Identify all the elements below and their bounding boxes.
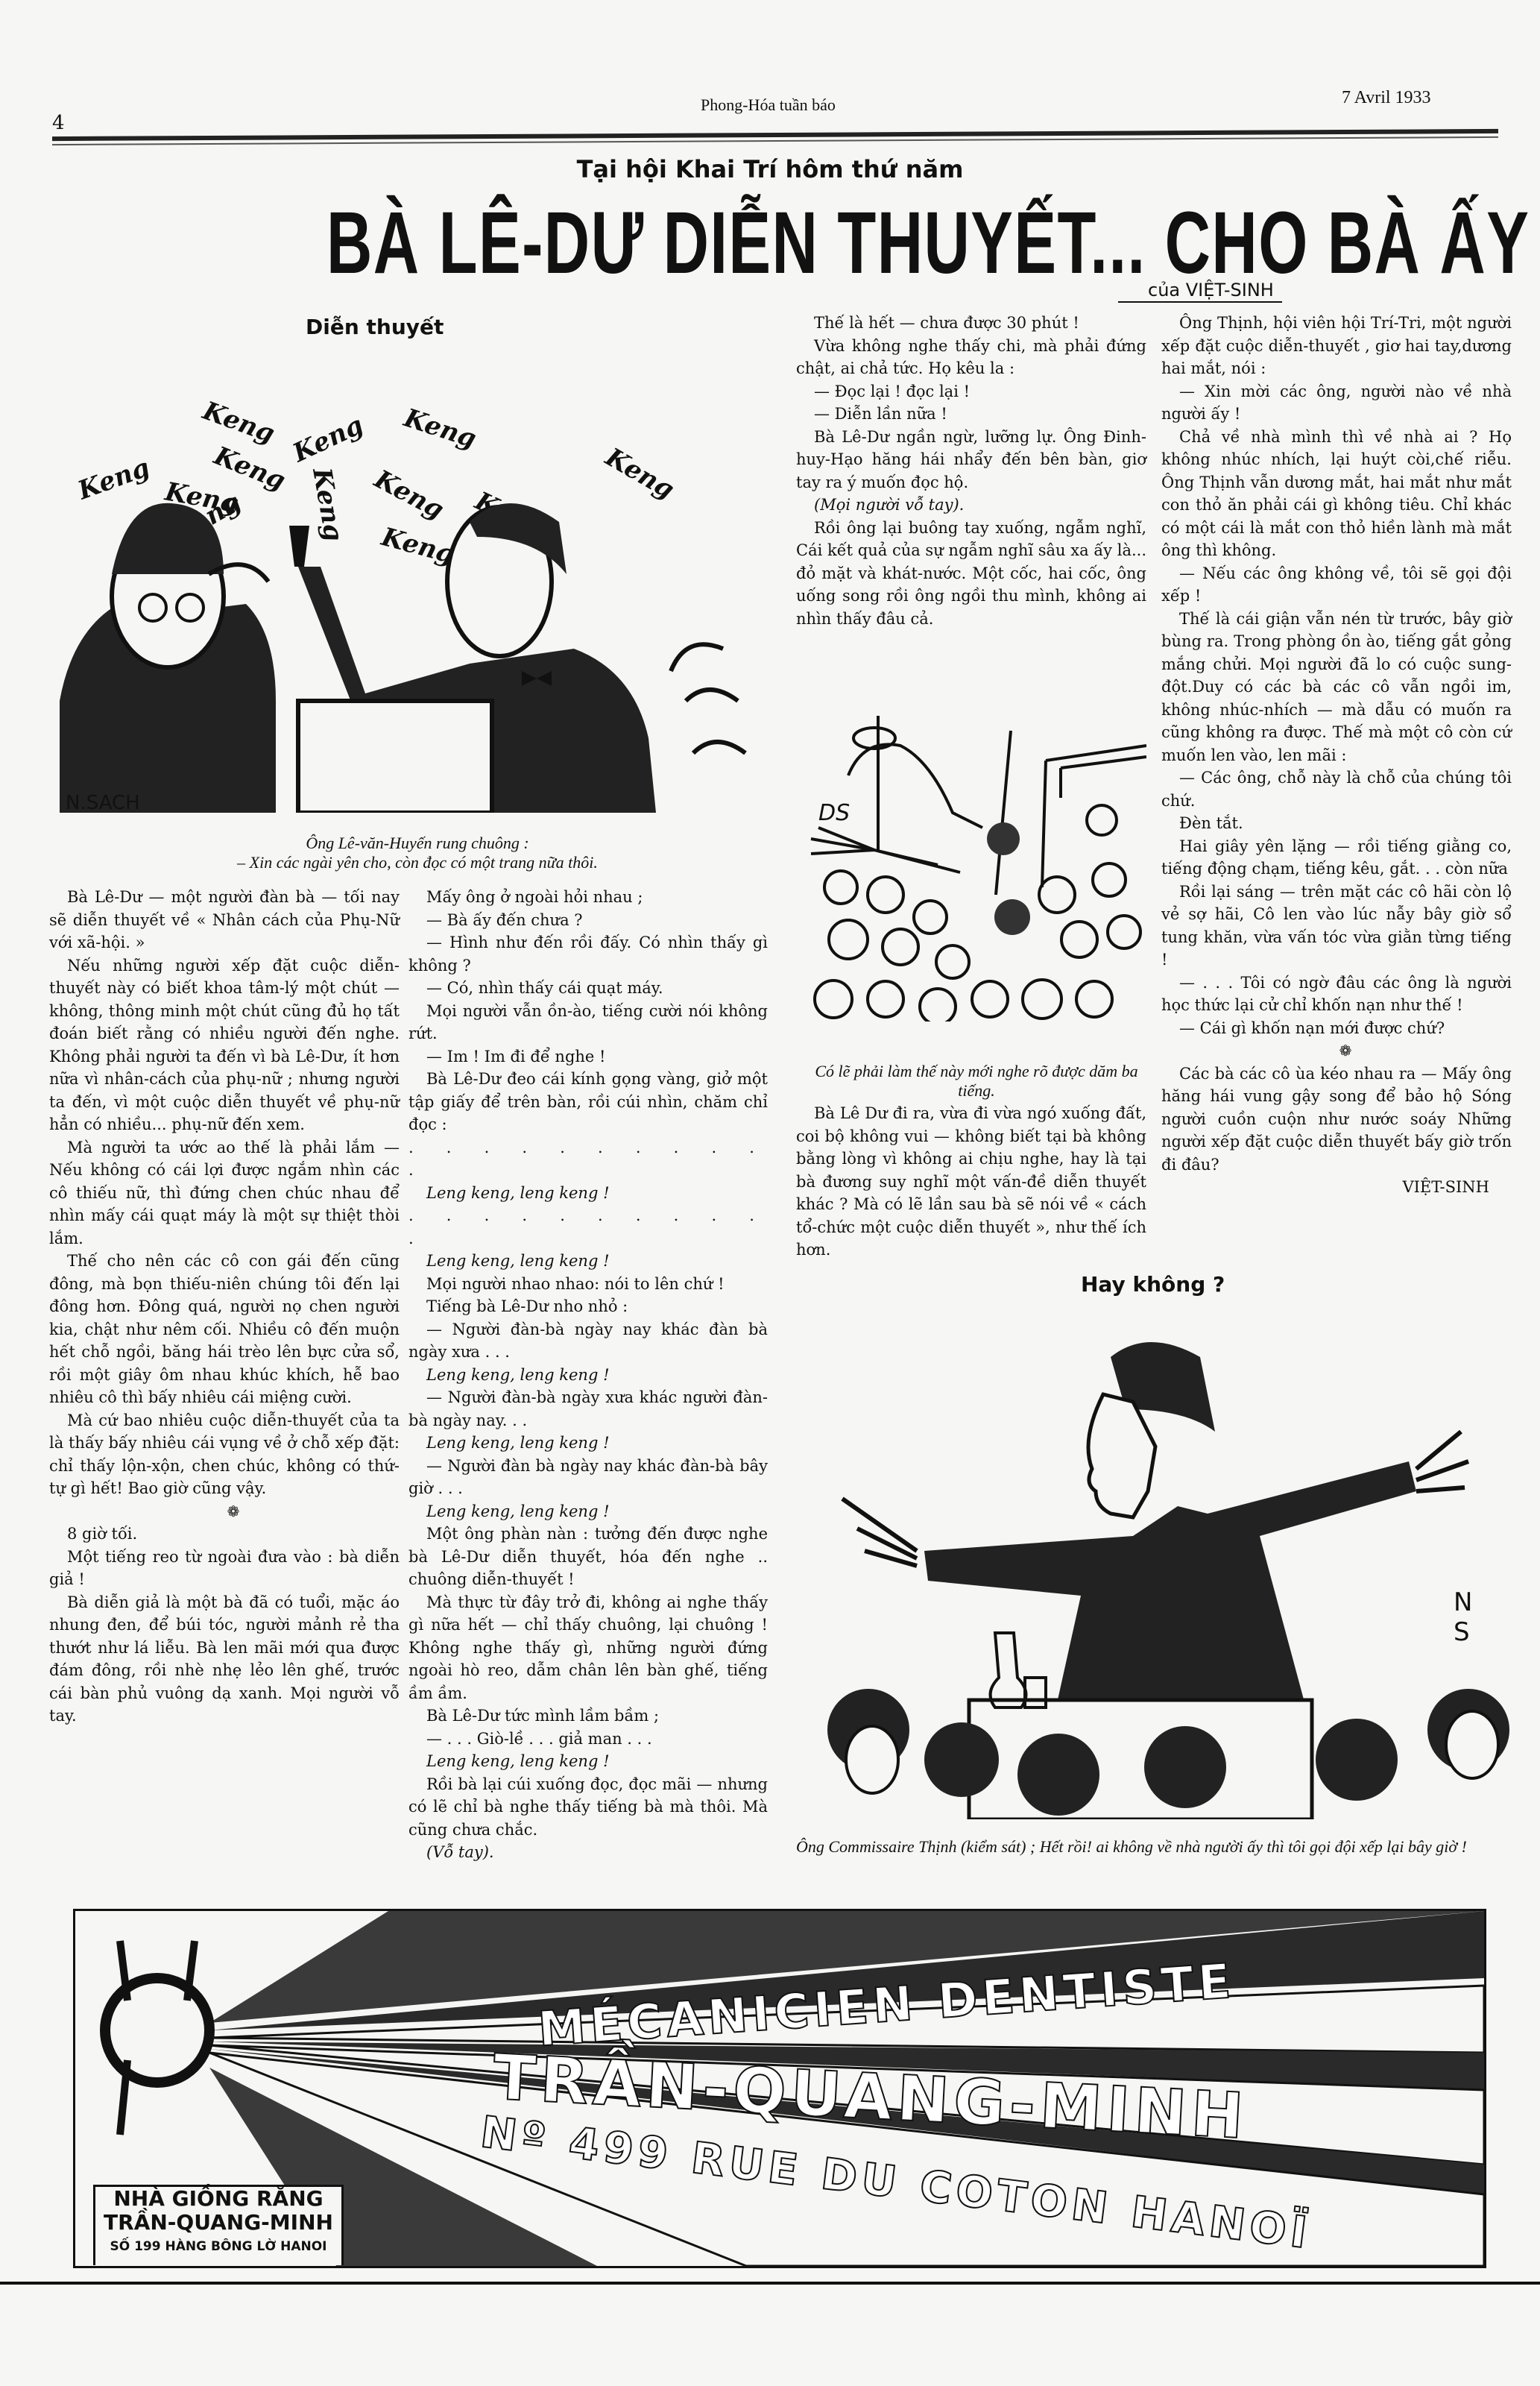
paragraph: — Im ! Im đi để nghe !	[408, 1045, 768, 1068]
page-number: 4	[52, 112, 65, 134]
paragraph: Bà Lê-Dư ngần ngừ, lưỡng lự. Ông Đinh-hu…	[796, 426, 1146, 494]
bell-sound-line: Leng keng, leng keng !	[408, 1750, 768, 1773]
stage-direction: (Vỗ tay).	[408, 1841, 768, 1864]
paragraph: Nếu những người xếp đặt cuộc diễn-thuyết…	[49, 954, 400, 1136]
figure2-caption: Có lẽ phải làm thế này mới nghe rõ được …	[805, 1062, 1148, 1101]
paragraph: Một ông phàn nàn : tưởng đến được nghe b…	[408, 1523, 768, 1591]
paragraph: Rồi lại sáng — trên mặt các cô hãi còn l…	[1161, 881, 1512, 972]
paragraph: Thế cho nên các cô con gái đến cũng đông…	[49, 1250, 400, 1409]
ellipsis-row: . . . . . . . . . . .	[408, 1136, 768, 1182]
bell-sound-line: Leng keng, leng keng !	[408, 1250, 768, 1273]
ad-shop-line2: TRẦN-QUANG-MINH	[95, 2211, 341, 2235]
article-column-3-continued: Bà Lê Dư đi ra, vừa đi vừa ngó xuống đất…	[796, 1102, 1146, 1262]
section-divider-ornament: ❁	[1161, 1039, 1512, 1063]
bell-sound-line: Leng keng, leng keng !	[408, 1182, 768, 1205]
paragraph: Thế là cái giận vẫn nén từ trước, bây gi…	[1161, 608, 1512, 767]
ad-shop-line3: SỐ 199 HÀNG BÔNG LỜ HANOI	[95, 2235, 341, 2258]
byline-underline	[1118, 301, 1282, 303]
svg-text:Keng: Keng	[288, 410, 367, 468]
paragraph: Rồi bà lại cúi xuống đọc, đọc mãi — nhưn…	[408, 1773, 768, 1842]
paragraph: Thế là hết — chưa được 30 phút !	[796, 312, 1146, 335]
figure1-title: Diễn thuyết	[306, 315, 444, 339]
svg-text:S: S	[1454, 1617, 1470, 1647]
paragraph: Các bà các cô ùa kéo nhau ra — Mấy ông h…	[1161, 1063, 1512, 1177]
figure1-caption: Ông Lê-văn-Huyến rung chuông : – Xin các…	[149, 834, 686, 872]
ellipsis-row: . . . . . . . . . . .	[408, 1204, 768, 1250]
svg-text:Keng: Keng	[600, 442, 680, 506]
author-signature: VIỆT-SINH	[1161, 1176, 1512, 1199]
paragraph: Rồi ông lại buông tay xuống, ngẫm nghĩ, …	[796, 517, 1146, 631]
paragraph: Vừa không nghe thấy chi, mà phải đứng ch…	[796, 335, 1146, 380]
article-headline: BÀ LÊ-DƯ DIỄN THUYẾT... CHO BÀ ẤY NGHE !	[326, 192, 1239, 294]
paragraph: Mà người ta ước ao thế là phải lắm — Nếu…	[49, 1136, 400, 1250]
article-kicker: Tại hội Khai Trí hôm thứ năm	[0, 155, 1540, 183]
paragraph: Mà cứ bao nhiêu cuộc diễn-thuyết của ta …	[49, 1409, 400, 1500]
paragraph: — . . . Tôi có ngờ đâu các ông là người …	[1161, 972, 1512, 1017]
article-column-3: Thế là hết — chưa được 30 phút ! Vừa khô…	[796, 312, 1146, 630]
paragraph: 8 giờ tối.	[49, 1523, 400, 1546]
paragraph: Bà Lê-Dư tức mình lầm bầm ;	[408, 1704, 768, 1728]
paragraph: Bà Lê Dư đi ra, vừa đi vừa ngó xuống đất…	[796, 1102, 1146, 1262]
svg-text:Keng: Keng	[306, 465, 349, 544]
svg-text:Keng: Keng	[73, 453, 154, 506]
paragraph: Mấy ông ở ngoài hỏi nhau ;	[408, 886, 768, 909]
paragraph: Tiếng bà Lê-Dư nho nhỏ :	[408, 1295, 768, 1318]
stage-direction: (Mọi người vỗ tay).	[796, 494, 1146, 517]
figure1-artist-signature: N.SACH	[66, 792, 140, 814]
article-column-1: Bà Lê-Dư — một người đàn bà — tối nay sẽ…	[49, 886, 400, 1728]
publication-title: Phong-Hóa tuần báo	[701, 95, 836, 115]
article-byline: của VIỆT-SINH	[1148, 280, 1274, 300]
paragraph: — Xin mời các ông, người nào về nhà ngườ…	[1161, 380, 1512, 426]
paragraph: Hai giây yên lặng — rồi tiếng giằng co, …	[1161, 835, 1512, 881]
paragraph: Bà diễn giả là một bà đã có tuổi, mặc áo…	[49, 1591, 400, 1728]
bell-sound-line: Leng keng, leng keng !	[408, 1432, 768, 1455]
paragraph: Bà Lê-Dư — một người đàn bà — tối nay sẽ…	[49, 886, 400, 954]
svg-text:Keng: Keng	[378, 522, 458, 570]
article-column-4: Ông Thịnh, hội viên hội Trí-Tri, một ngư…	[1161, 312, 1512, 1199]
paragraph: — Người đàn bà ngày nay khác đàn-bà bây …	[408, 1455, 768, 1500]
paragraph: Mọi người vẫn ồn-ào, tiếng cười nói khôn…	[408, 1000, 768, 1045]
svg-text:Keng: Keng	[198, 396, 279, 450]
article-column-2: Mấy ông ở ngoài hỏi nhau ; — Bà ấy đến c…	[408, 886, 768, 1864]
paragraph: Mà thực từ đây trở đi, không ai nghe thấ…	[408, 1591, 768, 1705]
cartoon-commissaire-illustration: N S	[798, 1312, 1536, 1819]
figure2-artist: DS	[818, 800, 850, 826]
header-rule	[52, 129, 1498, 141]
paragraph: — Người đàn-bà ngày nay khác đàn bà ngày…	[408, 1318, 768, 1364]
paragraph: — Hình như đến rồi đấy. Có nhìn thấy gì …	[408, 931, 768, 977]
paragraph: Chả về nhà mình thì về nhà ai ? Họ không…	[1161, 426, 1512, 562]
paragraph: — Cái gì khốn nạn mới được chứ?	[1161, 1017, 1512, 1040]
ad-shop-line1: NHÀ GIỒNG RĂNG	[95, 2187, 341, 2211]
figure3-title: Hay không ?	[1081, 1272, 1225, 1297]
paragraph: Mọi người nhao nhao: nói to lên chứ !	[408, 1273, 768, 1296]
paragraph: — . . . Giò-lề . . . giả man . . .	[408, 1728, 768, 1751]
cartoon-fan-crowd-illustration: DS	[804, 693, 1146, 1022]
paragraph: — Người đàn-bà ngày xưa khác người đàn-b…	[408, 1386, 768, 1432]
paragraph: — Các ông, chỗ này là chỗ của chúng tôi …	[1161, 767, 1512, 812]
paragraph: Bà Lê-Dư đeo cái kính gọng vàng, giở một…	[408, 1068, 768, 1136]
paragraph: Một tiếng reo từ ngoài đưa vào : bà diễn…	[49, 1546, 400, 1591]
figure1-caption-line2: – Xin các ngài yên cho, còn đọc có một t…	[149, 853, 686, 872]
bell-sound-line: Leng keng, leng keng !	[408, 1364, 768, 1387]
issue-date: 7 Avril 1933	[1342, 88, 1431, 108]
ad-shop-sign: NHÀ GIỒNG RĂNG TRẦN-QUANG-MINH SỐ 199 HÀ…	[93, 2185, 344, 2265]
paragraph: Ông Thịnh, hội viên hội Trí-Tri, một ngư…	[1161, 312, 1512, 380]
figure1-caption-line1: Ông Lê-văn-Huyến rung chuông :	[149, 834, 686, 853]
figure3-caption: Ông Commissaire Thịnh (kiểm sát) ; Hết r…	[796, 1837, 1519, 1857]
svg-text:Keng: Keng	[400, 403, 479, 454]
figure3-artist: N	[1454, 1587, 1472, 1617]
page-bottom-rule	[0, 2282, 1540, 2285]
svg-text:Keng: Keng	[369, 464, 449, 525]
paragraph: Đèn tắt.	[1161, 812, 1512, 835]
paragraph: — Đọc lại ! đọc lại !	[796, 380, 1146, 403]
cartoon-bell-ringing-illustration: Keng Keng Keng Keng Keng Keng Keng Keng …	[52, 350, 768, 813]
paragraph: — Bà ấy đến chưa ?	[408, 909, 768, 932]
paragraph: — Nếu các ông không về, tôi sẽ gọi đội x…	[1161, 562, 1512, 608]
paragraph: — Diễn lần nữa !	[796, 403, 1146, 426]
section-divider-ornament: ❁	[49, 1500, 400, 1523]
bell-sound-line: Leng keng, leng keng !	[408, 1500, 768, 1523]
paragraph: — Có, nhìn thấy cái quạt máy.	[408, 977, 768, 1000]
